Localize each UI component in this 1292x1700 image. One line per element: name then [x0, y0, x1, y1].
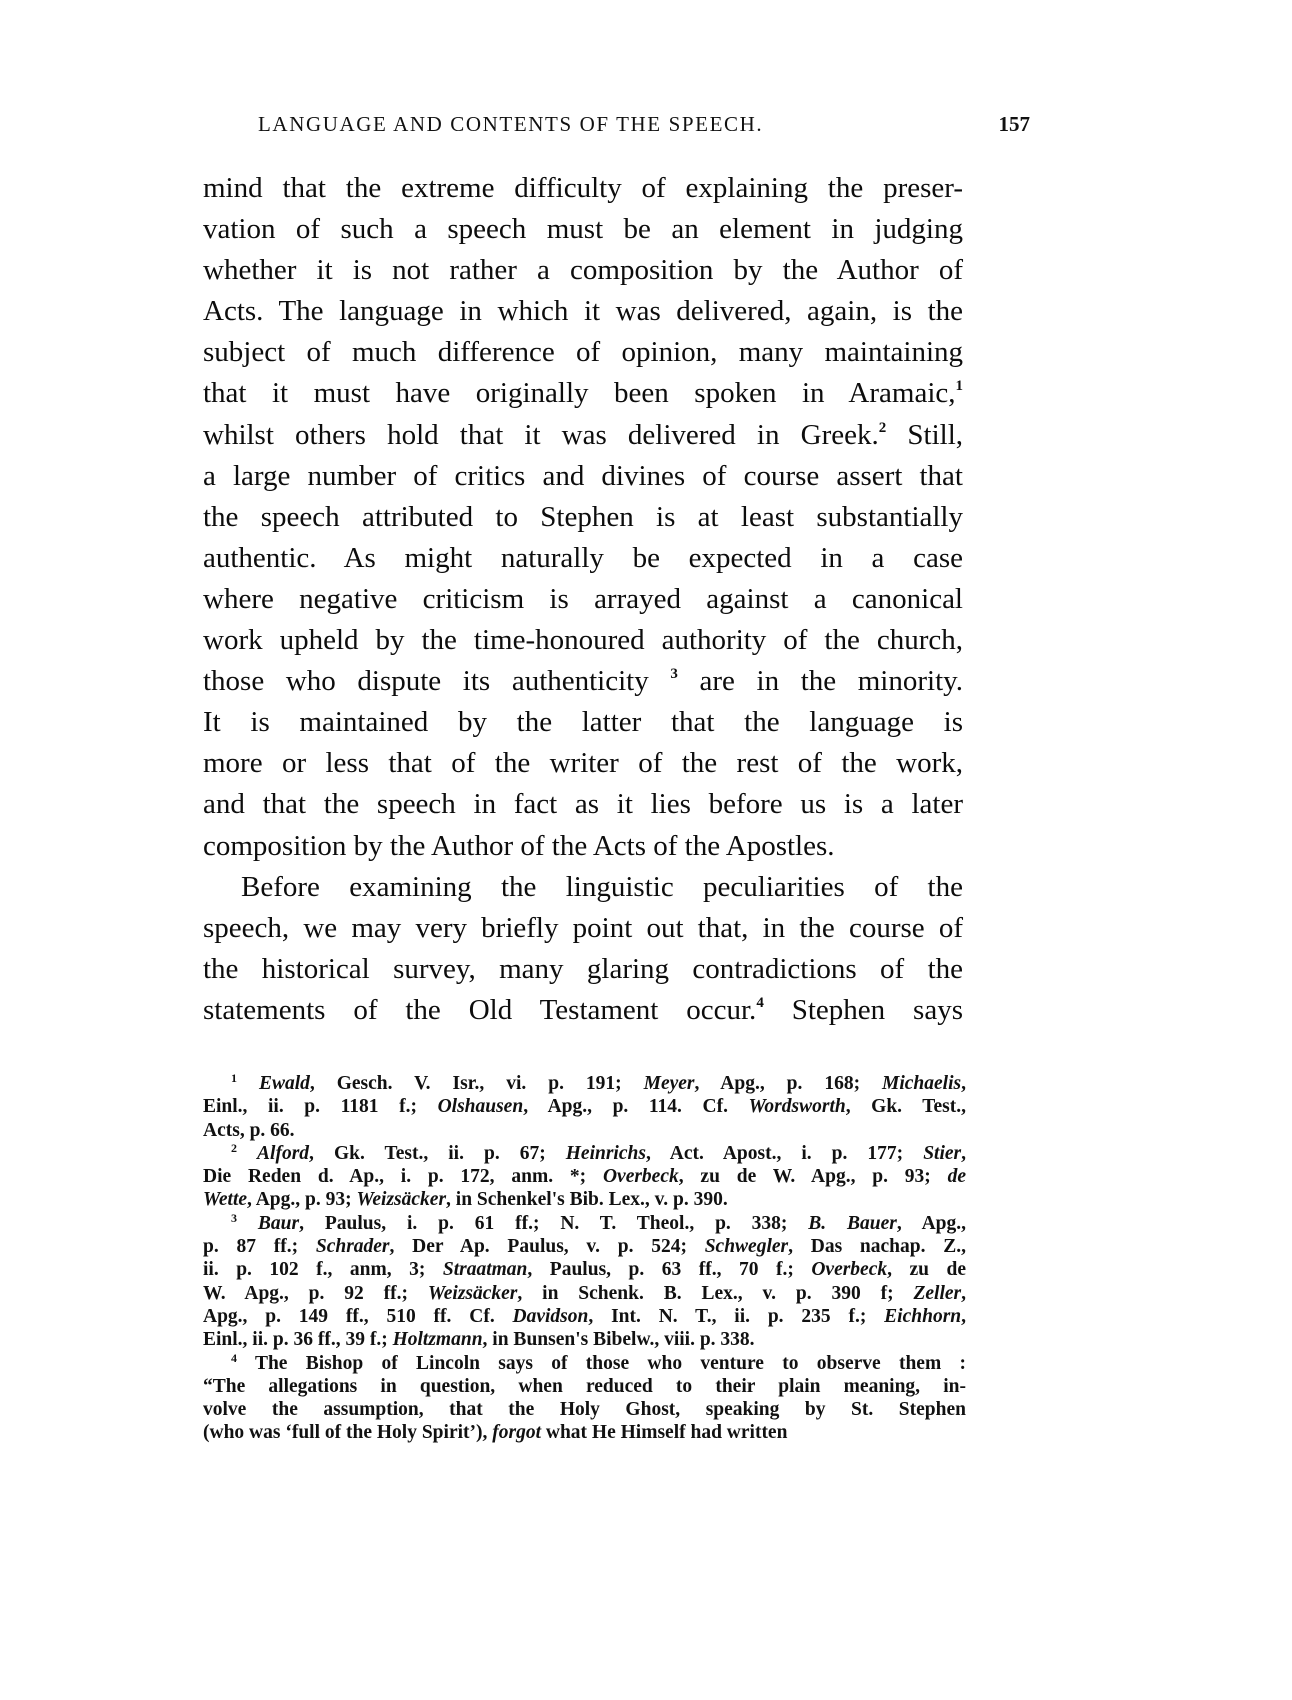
- footnote-text: what He Himself had written: [541, 1422, 787, 1443]
- footnote-text: Acts, p. 66.: [203, 1120, 295, 1141]
- text-line: mind that the extreme difficulty of expl…: [203, 168, 963, 209]
- footnote-text: Die Reden d. Ap., i. p. 172, anm. *;: [203, 1166, 603, 1187]
- text-line: whilst others hold that it was delivered…: [203, 415, 963, 456]
- text-line: subject of much difference of opinion, m…: [203, 332, 963, 373]
- footnote-text: , Gesch. V. Isr., vi. p. 191;: [310, 1073, 644, 1094]
- text-line: the historical survey, many glaring cont…: [203, 949, 963, 990]
- footnote-text: (who was ‘full of the Holy Spirit’),: [203, 1422, 492, 1443]
- footnote-text: , Int. N. T., ii. p. 235 f.;: [588, 1306, 884, 1327]
- footnote-text: , Das nachap. Z.,: [788, 1236, 966, 1257]
- footnote-1-line: Acts, p. 66.: [203, 1119, 966, 1142]
- text-line: authentic. As might naturally be expecte…: [203, 538, 963, 579]
- footnote-4-line: “The allegations in question, when reduc…: [203, 1375, 966, 1398]
- footnote-text: volve the assumption, that the Holy Ghos…: [203, 1399, 966, 1420]
- footnote-author: Michaelis: [882, 1073, 961, 1094]
- footnote-2-line: Die Reden d. Ap., i. p. 172, anm. *; Ove…: [203, 1165, 966, 1188]
- footnote-text: ,: [961, 1283, 966, 1304]
- footnote-author: Eichhorn: [884, 1306, 961, 1327]
- footnote-ref-3[interactable]: 3: [670, 666, 678, 682]
- footnote-1-line: 1 Ewald, Gesch. V. Isr., vi. p. 191; Mey…: [203, 1072, 966, 1095]
- footnote-marker: 4: [231, 1351, 237, 1365]
- text-line-content: that it must have originally been spoken…: [203, 377, 956, 409]
- footnote-author: Meyer: [644, 1073, 695, 1094]
- footnote-author: Zeller: [913, 1283, 961, 1304]
- footnote-text: , in Schenkel's Bib. Lex., v. p. 390.: [446, 1189, 728, 1210]
- footnote-author: Olshausen: [438, 1096, 524, 1117]
- footnote-text: The Bishop of Lincoln says of those who …: [255, 1353, 966, 1374]
- running-head: LANGUAGE AND CONTENTS OF THE SPEECH. 157: [258, 112, 1030, 142]
- text-line: composition by the Author of the Acts of…: [203, 826, 963, 867]
- footnote-ref-4[interactable]: 4: [756, 995, 764, 1011]
- footnote-text: , Apg., p. 114. Cf.: [523, 1096, 748, 1117]
- footnote-marker: 2: [231, 1141, 237, 1155]
- text-line: and that the speech in fact as it lies b…: [203, 784, 963, 825]
- footnote-text: , in Schenk. B. Lex., v. p. 390 f;: [517, 1283, 913, 1304]
- footnote-author: Wordsworth: [749, 1096, 846, 1117]
- text-line-content: statements of the Old Testament occur.: [203, 994, 756, 1026]
- footnote-text: , Apg.,: [897, 1213, 966, 1234]
- footnote-text: ,: [961, 1306, 966, 1327]
- footnote-text: W. Apg., p. 92 ff.;: [203, 1283, 428, 1304]
- footnote-text: , Apg., p. 168;: [695, 1073, 883, 1094]
- footnote-text: , Apg., p. 93;: [247, 1189, 356, 1210]
- footnote-text: , Act. Apost., i. p. 177;: [646, 1143, 923, 1164]
- footnote-author: Davidson: [513, 1306, 589, 1327]
- text-line-tail: Stephen says: [792, 994, 963, 1026]
- footnote-text: , in Bunsen's Bibelw., viii. p. 338.: [483, 1329, 755, 1350]
- text-line: work upheld by the time-honoured authori…: [203, 620, 963, 661]
- text-line-content: whilst others hold that it was delivered…: [203, 419, 879, 451]
- footnote-text: “The allegations in question, when reduc…: [203, 1376, 966, 1397]
- footnote-text: ,: [961, 1143, 966, 1164]
- main-text: mind that the extreme difficulty of expl…: [203, 168, 963, 1031]
- footnote-author: Ewald: [259, 1073, 310, 1094]
- text-line: Acts. The language in which it was deliv…: [203, 291, 963, 332]
- text-line: speech, we may very briefly point out th…: [203, 908, 963, 949]
- book-page: LANGUAGE AND CONTENTS OF THE SPEECH. 157…: [0, 0, 1292, 1700]
- text-line: where negative criticism is arrayed agai…: [203, 579, 963, 620]
- footnote-author: Weizsäcker: [357, 1189, 447, 1210]
- footnote-author: Alford: [257, 1143, 309, 1164]
- footnote-3-line: Einl., ii. p. 36 ff., 39 f.; Holtzmann, …: [203, 1328, 966, 1351]
- footnote-author: Holtzmann: [393, 1329, 483, 1350]
- footnote-text: , Gk. Test.,: [846, 1096, 966, 1117]
- footnote-2-line: Wette, Apg., p. 93; Weizsäcker, in Schen…: [203, 1188, 966, 1211]
- footnote-ref-1[interactable]: 1: [956, 378, 964, 394]
- footnote-author: Stier: [923, 1143, 961, 1164]
- footnote-author: Weizsäcker: [428, 1283, 518, 1304]
- footnote-text: , zu de: [887, 1259, 966, 1280]
- footnote-text: , zu de W. Apg., p. 93;: [679, 1166, 948, 1187]
- footnote-marker: 1: [231, 1071, 237, 1085]
- text-line: those who dispute its authenticity 3 are…: [203, 661, 963, 702]
- footnote-text: ,: [961, 1073, 966, 1094]
- footnote-text: , Paulus, i. p. 61 ff.; N. T. Theol., p.…: [299, 1213, 808, 1234]
- footnote-3-line: ii. p. 102 f., anm, 3; Straatman, Paulus…: [203, 1258, 966, 1281]
- footnote-author: Wette: [203, 1189, 247, 1210]
- text-line: vation of such a speech must be an eleme…: [203, 209, 963, 250]
- footnote-author: forgot: [492, 1422, 541, 1443]
- page-number: 157: [999, 112, 1031, 137]
- footnote-text: , Paulus, p. 63 ff., 70 f.;: [527, 1259, 811, 1280]
- footnote-text: , Gk. Test., ii. p. 67;: [309, 1143, 566, 1164]
- footnote-text: ii. p. 102 f., anm, 3;: [203, 1259, 443, 1280]
- text-line: a large number of critics and divines of…: [203, 456, 963, 497]
- footnote-text: Einl., ii. p. 36 ff., 39 f.;: [203, 1329, 393, 1350]
- text-line: more or less that of the writer of the r…: [203, 743, 963, 784]
- footnote-4-line: (who was ‘full of the Holy Spirit’), for…: [203, 1421, 966, 1444]
- running-title: LANGUAGE AND CONTENTS OF THE SPEECH.: [258, 112, 763, 137]
- footnote-author: Overbeck: [811, 1259, 887, 1280]
- text-line: It is maintained by the latter that the …: [203, 702, 963, 743]
- footnote-text: Apg., p. 149 ff., 510 ff. Cf.: [203, 1306, 513, 1327]
- footnote-3-line: p. 87 ff.; Schrader, Der Ap. Paulus, v. …: [203, 1235, 966, 1258]
- footnote-3-line: Apg., p. 149 ff., 510 ff. Cf. Davidson, …: [203, 1305, 966, 1328]
- footnote-4-line: volve the assumption, that the Holy Ghos…: [203, 1398, 966, 1421]
- footnote-1-line: Einl., ii. p. 1181 f.; Olshausen, Apg., …: [203, 1095, 966, 1118]
- text-line: Before examining the linguistic peculiar…: [203, 867, 963, 908]
- text-line-content: those who dispute its authenticity: [203, 665, 649, 697]
- footnote-text: p. 87 ff.;: [203, 1236, 316, 1257]
- footnote-author: Schwegler: [705, 1236, 788, 1257]
- text-line-tail: Still,: [907, 419, 963, 451]
- footnote-author: B. Bauer: [808, 1213, 897, 1234]
- footnote-3-line: 3 Baur, Paulus, i. p. 61 ff.; N. T. Theo…: [203, 1212, 966, 1235]
- text-line-tail: are in the minority.: [699, 665, 963, 697]
- footnote-author: Heinrichs: [566, 1143, 646, 1164]
- footnote-2-line: 2 Alford, Gk. Test., ii. p. 67; Heinrich…: [203, 1142, 966, 1165]
- footnote-ref-2[interactable]: 2: [879, 420, 887, 436]
- footnote-author: Straatman: [443, 1259, 528, 1280]
- text-line: that it must have originally been spoken…: [203, 373, 963, 414]
- footnotes: 1 Ewald, Gesch. V. Isr., vi. p. 191; Mey…: [203, 1072, 966, 1445]
- footnote-marker: 3: [231, 1211, 237, 1225]
- footnote-author: Schrader: [316, 1236, 390, 1257]
- footnote-author: Overbeck: [603, 1166, 679, 1187]
- text-line: the speech attributed to Stephen is at l…: [203, 497, 963, 538]
- footnote-text: Einl., ii. p. 1181 f.;: [203, 1096, 438, 1117]
- footnote-3-line: W. Apg., p. 92 ff.; Weizsäcker, in Schen…: [203, 1282, 966, 1305]
- footnote-author: Baur: [258, 1213, 299, 1234]
- footnote-4-line: 4 The Bishop of Lincoln says of those wh…: [203, 1352, 966, 1375]
- footnote-author: de: [948, 1166, 966, 1187]
- text-line: whether it is not rather a composition b…: [203, 250, 963, 291]
- text-line: statements of the Old Testament occur.4 …: [203, 990, 963, 1031]
- footnote-text: , Der Ap. Paulus, v. p. 524;: [390, 1236, 705, 1257]
